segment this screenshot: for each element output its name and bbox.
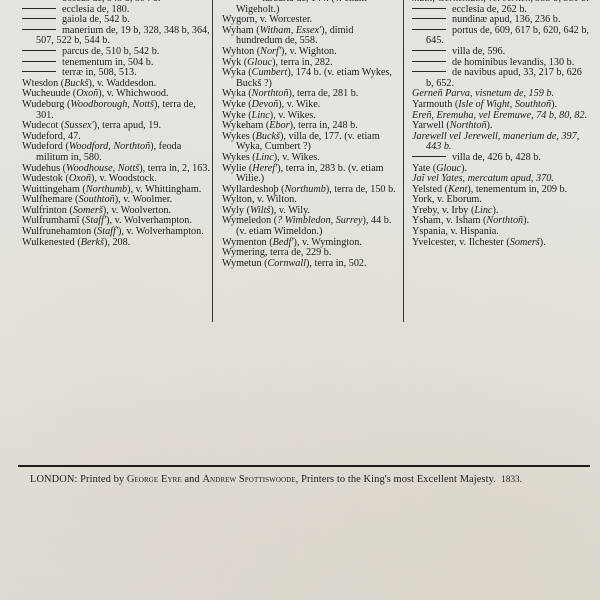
entry-refs: , terra in, 2, 163. bbox=[143, 163, 210, 174]
entry-head: Wylie bbox=[222, 163, 246, 174]
entry-refs: , terra de, 281 b. bbox=[292, 88, 358, 99]
ditto-dash bbox=[412, 71, 446, 72]
footer-suffix: , Printers to the King's most Excellent … bbox=[296, 474, 496, 485]
entry-head: Yarmouth bbox=[412, 99, 452, 110]
entry-head: Wykes bbox=[222, 131, 250, 142]
ditto-dash bbox=[22, 18, 56, 19]
entry-refs: . bbox=[490, 120, 493, 131]
ditto-dash bbox=[22, 50, 56, 51]
entry-refs: , terra de, 150 b. bbox=[329, 184, 395, 195]
entry-county: Woodborough, Nottš bbox=[70, 99, 154, 110]
document-page: boscus de, 545 b, 594 b.ecclesia de, 180… bbox=[0, 0, 600, 600]
entry-county: Linc bbox=[474, 205, 492, 216]
entry-refs: , v. Whittingham. bbox=[131, 184, 202, 195]
ditto-dash bbox=[22, 29, 56, 30]
index-entry: Wymeledon (? Wimbledon, Surrey), 44 b. (… bbox=[222, 216, 400, 237]
entry-head: Wyham bbox=[222, 25, 254, 36]
entry-text: tenementum in, 504 b. bbox=[62, 57, 153, 68]
entry-text: de hominibus levandis, 130 b. bbox=[452, 57, 574, 68]
entry-refs: , v. Whichwood. bbox=[102, 88, 169, 99]
entry-head: Wulfrinton bbox=[22, 205, 67, 216]
entry-county: Oxoñ bbox=[69, 173, 91, 184]
entry-refs: . bbox=[496, 205, 499, 216]
entry-head: Wulkenested bbox=[22, 237, 75, 248]
entry-head: Yate bbox=[412, 163, 430, 174]
entry-head: Wyke bbox=[222, 110, 246, 121]
entry-county: Glouc bbox=[247, 57, 272, 68]
entry-refs: , terra apud, 19. bbox=[97, 120, 161, 131]
entry-head: Wucheuude bbox=[22, 88, 70, 99]
entry-county: Cumbert bbox=[252, 67, 288, 78]
index-entry: Jarewell vel Jerewell, manerium de, 397,… bbox=[412, 132, 592, 153]
entry-head: Yvelcester, v. Ilchester bbox=[412, 237, 504, 248]
entry-text: parcus de, 510 b, 542 b. bbox=[62, 46, 159, 57]
entry-text: terræ in, 508, 513. bbox=[62, 67, 137, 78]
entry-head: Wygorn, v. Worcester. bbox=[222, 14, 312, 25]
entry-head: Wylton, v. Wilton. bbox=[222, 194, 297, 205]
entry-refs: , terra in, 248 b. bbox=[293, 120, 358, 131]
entry-county: Devoñ bbox=[252, 99, 279, 110]
entry-county: Sussex' bbox=[64, 120, 93, 131]
entry-refs: , tenementum in, 209 b. bbox=[471, 184, 567, 195]
entry-head: Wulfrunehamton bbox=[22, 226, 91, 237]
entry-county: Witham, Essex' bbox=[260, 25, 322, 36]
entry-county: Staff' bbox=[97, 226, 118, 237]
index-entry: Wudeburg (Woodborough, Nottš), terra de,… bbox=[22, 100, 210, 121]
entry-refs: , v. Wikes. bbox=[273, 110, 316, 121]
entry-county: Staff' bbox=[85, 215, 106, 226]
index-entry: Wulkenested (Berkš), 208. bbox=[22, 238, 210, 249]
entry-text: villa de, 596. bbox=[452, 46, 505, 57]
entry-county: Berkš bbox=[81, 237, 104, 248]
entry-text: gaiola de, 542 b. bbox=[62, 14, 130, 25]
entry-head: Wyke bbox=[222, 99, 246, 110]
footer-prefix: LONDON: Printed by bbox=[30, 474, 127, 485]
ditto-dash bbox=[412, 61, 446, 62]
entry-head: Wymenton bbox=[222, 237, 267, 248]
ditto-dash bbox=[22, 71, 56, 72]
column-divider bbox=[212, 0, 213, 322]
entry-refs: , 208. bbox=[107, 237, 130, 248]
entry-county: Bedf' bbox=[273, 237, 294, 248]
index-column-right: muth, Gernemuth, vel Jerneñ, 353 b, 581 … bbox=[412, 0, 592, 248]
ditto-dash bbox=[22, 8, 56, 9]
entry-county: Northumb bbox=[285, 184, 326, 195]
entry-county: Somerš bbox=[510, 237, 540, 248]
printer-name-1: George Eyre bbox=[127, 474, 182, 485]
entry-county: Northumb bbox=[86, 184, 127, 195]
entry-county: Somerš bbox=[73, 205, 103, 216]
index-entry: Wudeford (Woodford, Northtoñ), feoda mil… bbox=[22, 142, 210, 163]
index-entry: Wymetun (Cornwall), terra in, 502. bbox=[222, 259, 400, 270]
ditto-dash bbox=[412, 156, 446, 157]
entry-text: turbaria de, 144. (v. etiam Wigeholt.) bbox=[236, 0, 367, 15]
entry-text: portus de, 609, 617 b, 620, 642 b, 645. bbox=[426, 25, 589, 47]
entry-head: Wudecot bbox=[22, 120, 58, 131]
entry-refs: , v. Woolverton. bbox=[106, 205, 171, 216]
index-entry: portus de, 609, 617 b, 620, 642 b, 645. bbox=[412, 26, 592, 47]
entry-head: Wyllardeshoþ bbox=[222, 184, 279, 195]
entry-head: Wuittingeham bbox=[22, 184, 80, 195]
entry-head: Wudestok bbox=[22, 173, 63, 184]
entry-county: Buckš bbox=[64, 78, 88, 89]
entry-text: Jarewell vel Jerewell, manerium de, 397,… bbox=[412, 131, 579, 153]
entry-text: nundinæ apud, 136, 236 b. bbox=[452, 14, 560, 25]
entry-head: Ysham, v. Isham bbox=[412, 215, 480, 226]
entry-text: Jaĩ vel Yates, mercatum apud, 370. bbox=[412, 173, 554, 184]
index-entry: Yvelcester, v. Ilchester (Somerš). bbox=[412, 238, 592, 249]
entry-text: ecclesia de, 180. bbox=[62, 4, 129, 15]
entry-head: Yarwell bbox=[412, 120, 444, 131]
entry-county: Oxoñ bbox=[76, 88, 98, 99]
entry-text: Ereñ, Eremuha, vel Eremuwe, 74 b, 80, 82… bbox=[412, 110, 587, 121]
entry-head: Yreby, v. Irby bbox=[412, 205, 468, 216]
entry-county: Linc bbox=[256, 152, 274, 163]
entry-county: Northtoñ bbox=[252, 88, 289, 99]
entry-county: Northtoñ bbox=[450, 120, 487, 131]
entry-refs: , terra in, 502. bbox=[309, 258, 366, 269]
entry-head: Wykeham bbox=[222, 120, 263, 131]
entry-county: Kent bbox=[448, 184, 467, 195]
entry-county: Woodford, Northtoñ bbox=[69, 141, 150, 152]
index-entry: manerium de, 19 b, 328, 348 b, 364, 507,… bbox=[22, 26, 210, 47]
entry-county: Woodhouse, Nottš bbox=[66, 163, 139, 174]
footer-and: and bbox=[182, 474, 203, 485]
entry-head: Wymeledon bbox=[222, 215, 271, 226]
ditto-dash bbox=[412, 8, 446, 9]
entry-head: Wyka bbox=[222, 67, 246, 78]
entry-county: Linc bbox=[252, 110, 270, 121]
entry-refs: , v. Wighton. bbox=[284, 46, 336, 57]
entry-county: Isle of Wight, Southtoñ bbox=[458, 99, 551, 110]
ditto-dash bbox=[412, 50, 446, 51]
entry-text: Gerneñ Parva, visnetum de, 159 b. bbox=[412, 88, 554, 99]
footer-rule bbox=[18, 465, 590, 467]
entry-head: Wymetun bbox=[222, 258, 262, 269]
entry-head: Wyly bbox=[222, 205, 244, 216]
entry-refs: , v. Woodstock. bbox=[94, 173, 157, 184]
entry-text: de navibus apud, 33, 217 b, 626 b, 652. bbox=[426, 67, 582, 89]
entry-county: Ebor bbox=[269, 120, 289, 131]
entry-refs: , v. Wolverhampton. bbox=[110, 215, 192, 226]
entry-head: Wyhton bbox=[222, 46, 254, 57]
entry-head: Wykes bbox=[222, 152, 250, 163]
entry-county: Wiltš bbox=[250, 205, 270, 216]
entry-head: Wyk bbox=[222, 57, 241, 68]
entry-refs: , v. Wily. bbox=[274, 205, 310, 216]
index-column-left: boscus de, 545 b, 594 b.ecclesia de, 180… bbox=[22, 0, 210, 248]
ditto-dash bbox=[22, 61, 56, 62]
index-entry: Wyham (Witham, Essex'), dimid hundredum … bbox=[222, 26, 400, 47]
entry-refs: , v. Wolverhampton. bbox=[121, 226, 203, 237]
entry-head: Wulfrumhamĩ bbox=[22, 215, 79, 226]
entry-refs: , terra in, 282. bbox=[275, 57, 332, 68]
imprint-footer: LONDON: Printed by George Eyre and Andre… bbox=[30, 474, 522, 485]
entry-head: Yelsted bbox=[412, 184, 442, 195]
ditto-dash bbox=[412, 18, 446, 19]
entry-county: Northtoñ bbox=[486, 215, 523, 226]
column-divider bbox=[403, 0, 404, 322]
entry-head: Wyka bbox=[222, 88, 246, 99]
entry-county: ? Wimbledon, Surrey bbox=[277, 215, 362, 226]
entry-text: manerium de, 19 b, 328, 348 b, 364, 507,… bbox=[36, 25, 210, 47]
entry-head: York, v. Eborum. bbox=[412, 194, 482, 205]
entry-head: Wudehus bbox=[22, 163, 60, 174]
index-column-middle: turbaria de, 144. (v. etiam Wigeholt.)Wy… bbox=[222, 0, 400, 269]
entry-refs: . bbox=[554, 99, 557, 110]
entry-county: Buckš bbox=[256, 131, 280, 142]
entry-refs: . bbox=[527, 215, 530, 226]
entry-county: Glouc bbox=[436, 163, 461, 174]
entry-county: Cornwall bbox=[268, 258, 307, 269]
entry-text: villa de, 426 b, 428 b. bbox=[452, 152, 541, 163]
entry-head: Wudeford, 47. bbox=[22, 131, 81, 142]
entry-county: Heref' bbox=[252, 163, 277, 174]
index-entry: de navibus apud, 33, 217 b, 626 b, 652. bbox=[412, 68, 592, 89]
footer-year: 1833. bbox=[501, 474, 522, 484]
printer-name-2: Andrew Spottiswoode bbox=[202, 474, 295, 485]
entry-refs: , v. Woolmer. bbox=[118, 194, 172, 205]
entry-text: ecclesia de, 262 b. bbox=[452, 4, 527, 15]
entry-county: Southtoñ bbox=[78, 194, 114, 205]
index-entry: Wykes (Buckš), villa de, 177. (v. etiam … bbox=[222, 132, 400, 153]
index-entry: turbaria de, 144. (v. etiam Wigeholt.) bbox=[222, 0, 400, 15]
entry-head: Wulfhemare bbox=[22, 194, 73, 205]
entry-head: Yspania, v. Hispania. bbox=[412, 226, 499, 237]
entry-head: Wudeford bbox=[22, 141, 63, 152]
entry-refs: . bbox=[464, 163, 467, 174]
index-entry: Wyka (Cumbert), 174 b. (v. etiam Wykes, … bbox=[222, 68, 400, 89]
entry-head: Wudeburg bbox=[22, 99, 64, 110]
entry-refs: , v. Wymington. bbox=[297, 237, 362, 248]
entry-refs: . bbox=[543, 237, 546, 248]
entry-refs: , v. Wike. bbox=[282, 99, 321, 110]
ditto-dash bbox=[412, 29, 446, 30]
entry-head: Wymering, terra de, 229 b. bbox=[222, 247, 331, 258]
entry-refs: , v. Waddesdon. bbox=[92, 78, 156, 89]
entry-head: Wtesdon bbox=[22, 78, 58, 89]
entry-refs: , v. Wikes. bbox=[277, 152, 320, 163]
index-entry: Wylie (Heref'), terra in, 283 b. (v. eti… bbox=[222, 164, 400, 185]
entry-county: Norf' bbox=[260, 46, 281, 57]
